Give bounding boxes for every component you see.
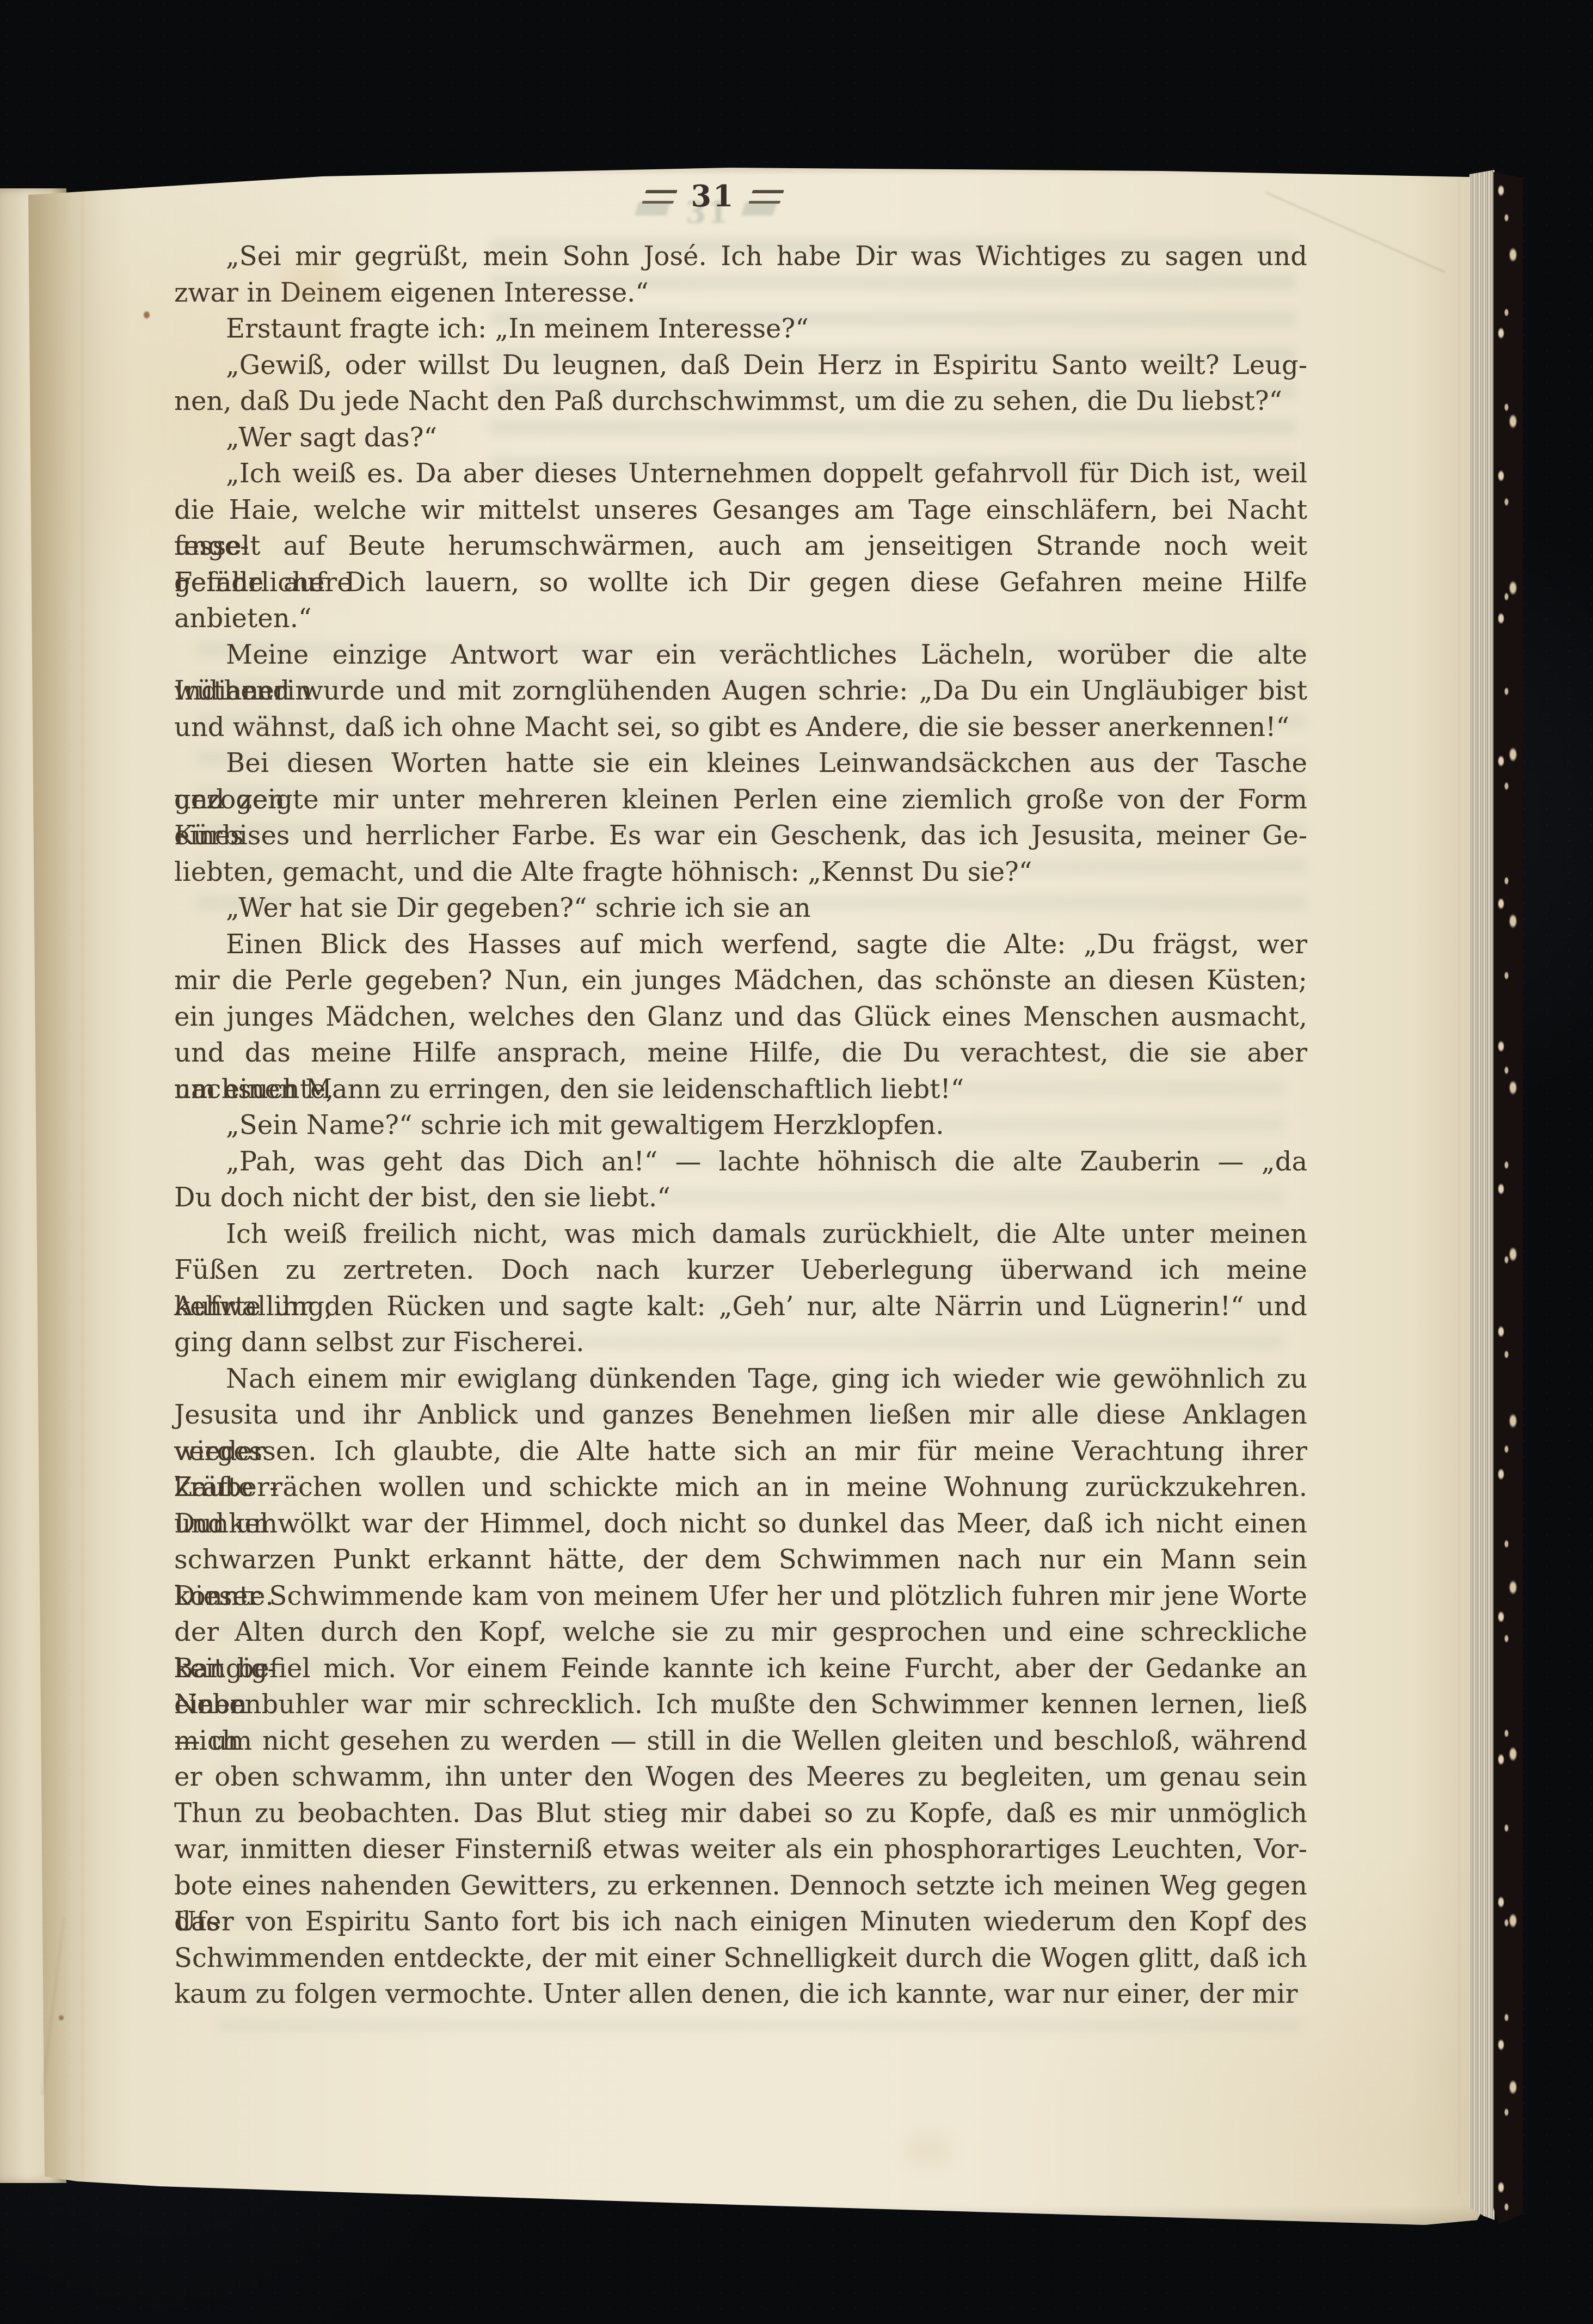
cover-edge (1493, 172, 1523, 2224)
text-line: kehrte ihr den Rücken und sagte kalt: „G… (174, 1289, 1307, 1325)
text-line: Thun zu beobachten. Das Blut stieg mir d… (174, 1795, 1307, 1832)
text-line: liebten, gemacht, und die Alte fragte hö… (174, 854, 1307, 891)
text-line: „Ich weiß es. Da aber dieses Unternehmen… (174, 456, 1307, 492)
page-text: „Sei mir gegrüßt, mein Sohn José. Ich ha… (174, 238, 1307, 2013)
text-line: nen, daß Du jede Nacht den Paß durchschw… (174, 383, 1307, 420)
text-line: „Gewiß, oder willst Du leugnen, daß Dein… (174, 347, 1307, 384)
text-line: „Pah, was geht das Dich an!“ — lachte hö… (174, 1144, 1307, 1180)
text-line: kaum zu folgen vermochte. Unter allen de… (174, 1976, 1307, 2013)
text-line: Ufer von Espiritu Santo fort bis ich nac… (174, 1904, 1307, 1940)
text-line: Ich weiß freilich nicht, was mich damals… (174, 1216, 1307, 1253)
text-line: und umwölkt war der Himmel, doch nicht s… (174, 1506, 1307, 1542)
text-line: Kürbises und herrlicher Farbe. Es war ei… (174, 818, 1307, 854)
text-line: Du doch nicht der bist, den sie liebt.“ (174, 1180, 1307, 1216)
text-line: „Wer sagt das?“ (174, 420, 1307, 456)
scan-background: 31 „Sei mir gegrüßt, mein Sohn José. Ich… (0, 0, 1593, 2324)
text-line: vergessen. Ich glaubte, die Alte hatte s… (174, 1433, 1307, 1470)
text-line: Bei diesen Worten hatte sie ein kleines … (174, 745, 1307, 782)
page-number: 31 (691, 179, 735, 213)
text-line: wüthend wurde und mit zornglühenden Auge… (174, 673, 1307, 709)
text-line: und das meine Hilfe ansprach, meine Hilf… (174, 1035, 1307, 1071)
text-line: Jesusita und ihr Anblick und ganzes Bene… (174, 1397, 1307, 1433)
text-line: mir die Perle gegeben? Nun, ein junges M… (174, 962, 1307, 999)
text-line: schwarzen Punkt erkannt hätte, der dem S… (174, 1542, 1307, 1578)
text-line: fesselt auf Beute herumschwärmen, auch a… (174, 528, 1307, 565)
page-header: 31 (147, 180, 1279, 212)
text-line: um einen Mann zu erringen, den sie leide… (174, 1071, 1307, 1108)
text-line: Meine einzige Antwort war ein verächtlic… (174, 637, 1307, 673)
text-line: Dieser Schwimmende kam von meinem Ufer h… (174, 1578, 1307, 1615)
text-line: Nach einem mir ewiglang dünkenden Tage, … (174, 1361, 1307, 1397)
header-ornament-icon (748, 190, 784, 204)
text-line: Erstaunt fragte ich: „In meinem Interess… (174, 311, 1307, 347)
text-line: Nebenbuhler war mir schrecklich. Ich muß… (174, 1687, 1307, 1723)
text-line: Füßen zu zertreten. Doch nach kurzer Ueb… (174, 1252, 1307, 1289)
text-line: ging dann selbst zur Fischerei. (174, 1325, 1307, 1361)
text-line: die Haie, welche wir mittelst unseres Ge… (174, 492, 1307, 529)
text-line: „Sei mir gegrüßt, mein Sohn José. Ich ha… (174, 238, 1307, 275)
text-line: kräfte rächen wollen und schickte mich a… (174, 1469, 1307, 1506)
text-line: der Alten durch den Kopf, welche sie zu … (174, 1614, 1307, 1651)
text-line: ein junges Mädchen, welches den Glanz un… (174, 999, 1307, 1035)
text-line: Schwimmenden entdeckte, der mit einer Sc… (174, 1940, 1307, 1977)
text-line: Einen Blick des Hasses auf mich werfend,… (174, 927, 1307, 963)
text-line: er oben schwamm, ihn unter den Wogen des… (174, 1759, 1307, 1795)
text-line: „Sein Name?“ schrie ich mit gewaltigem H… (174, 1107, 1307, 1144)
text-line: — um nicht gesehen zu werden — still in … (174, 1723, 1307, 1759)
text-line: Feinde auf Dich lauern, so wollte ich Di… (174, 565, 1307, 601)
header-ornament-icon (642, 190, 678, 204)
text-line: und zeigte mir unter mehreren kleinen Pe… (174, 782, 1307, 818)
text-line: keit befiel mich. Vor einem Feinde kannt… (174, 1651, 1307, 1687)
page-stack-edge (1469, 170, 1494, 2220)
text-line: und wähnst, daß ich ohne Macht sei, so g… (174, 709, 1307, 746)
text-line: bote eines nahenden Gewitters, zu erkenn… (174, 1868, 1307, 1904)
text-line: „Wer hat sie Dir gegeben?“ schrie ich si… (174, 890, 1307, 927)
text-line: zwar in Deinem eigenen Interesse.“ (174, 275, 1307, 311)
text-line: war, inmitten dieser Finsterniß etwas we… (174, 1831, 1307, 1868)
text-line: anbieten.“ (174, 600, 1307, 637)
